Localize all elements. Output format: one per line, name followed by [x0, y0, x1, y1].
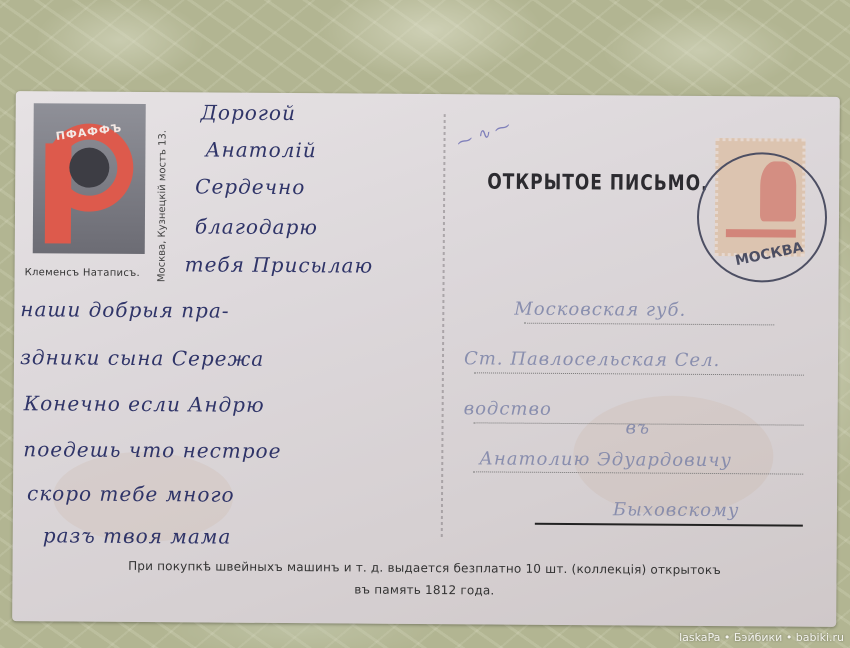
footer-advert-line2: въ память 1812 года. — [12, 580, 836, 600]
address-line — [524, 323, 774, 326]
address-underline — [535, 523, 803, 527]
address-line-text: Ст. Павлосельская Сел. — [464, 348, 720, 371]
message-line: поедешь что нестрое — [23, 437, 281, 463]
postcard-title: ОТКРЫТОЕ ПИСЬМО. — [487, 170, 708, 197]
message-line: тебя Присылаю — [185, 252, 374, 277]
address-line-text: водство — [464, 398, 552, 420]
postcard: ПФАФФЪ Клеменсъ Натаписъ. Москва, Кузнец… — [12, 91, 840, 627]
message-line: Анатолiй — [205, 137, 316, 162]
message-line: благодарю — [195, 214, 318, 239]
message-line: Сердечно — [195, 174, 305, 199]
address-line-text: Московская губ. — [514, 299, 686, 321]
publisher-address: Москва, Кузнецкiй мостъ 13. — [157, 130, 169, 282]
ink-mark: ⁓ ∿ ⁓ — [454, 116, 513, 153]
pfaff-logo: ПФАФФЪ — [33, 103, 146, 254]
address-line-text: Быховскому — [613, 499, 740, 521]
message-line: скоро тебе много — [27, 481, 235, 506]
watermark: laskaPa • Бэйбики • babiki.ru — [679, 631, 844, 644]
message-line: разъ твоя мама — [43, 523, 232, 548]
message-line: Дорогой — [201, 100, 296, 125]
message-line: наши добрыя пра- — [20, 297, 229, 322]
message-line: здники сына Сережа — [20, 345, 264, 371]
center-divider — [441, 114, 446, 539]
message-line: Конечно если Андрю — [24, 391, 265, 417]
footer-advert-line1: При покупкѣ швейныхъ машинъ и т. д. выда… — [13, 558, 837, 578]
publisher-name: Клеменсъ Натаписъ. — [25, 267, 140, 279]
address-line-text: Анатолию Эдуардовичу — [479, 448, 732, 471]
logo-illustration — [69, 148, 109, 188]
address-line — [474, 372, 804, 375]
address-line-text: въ — [625, 417, 650, 438]
